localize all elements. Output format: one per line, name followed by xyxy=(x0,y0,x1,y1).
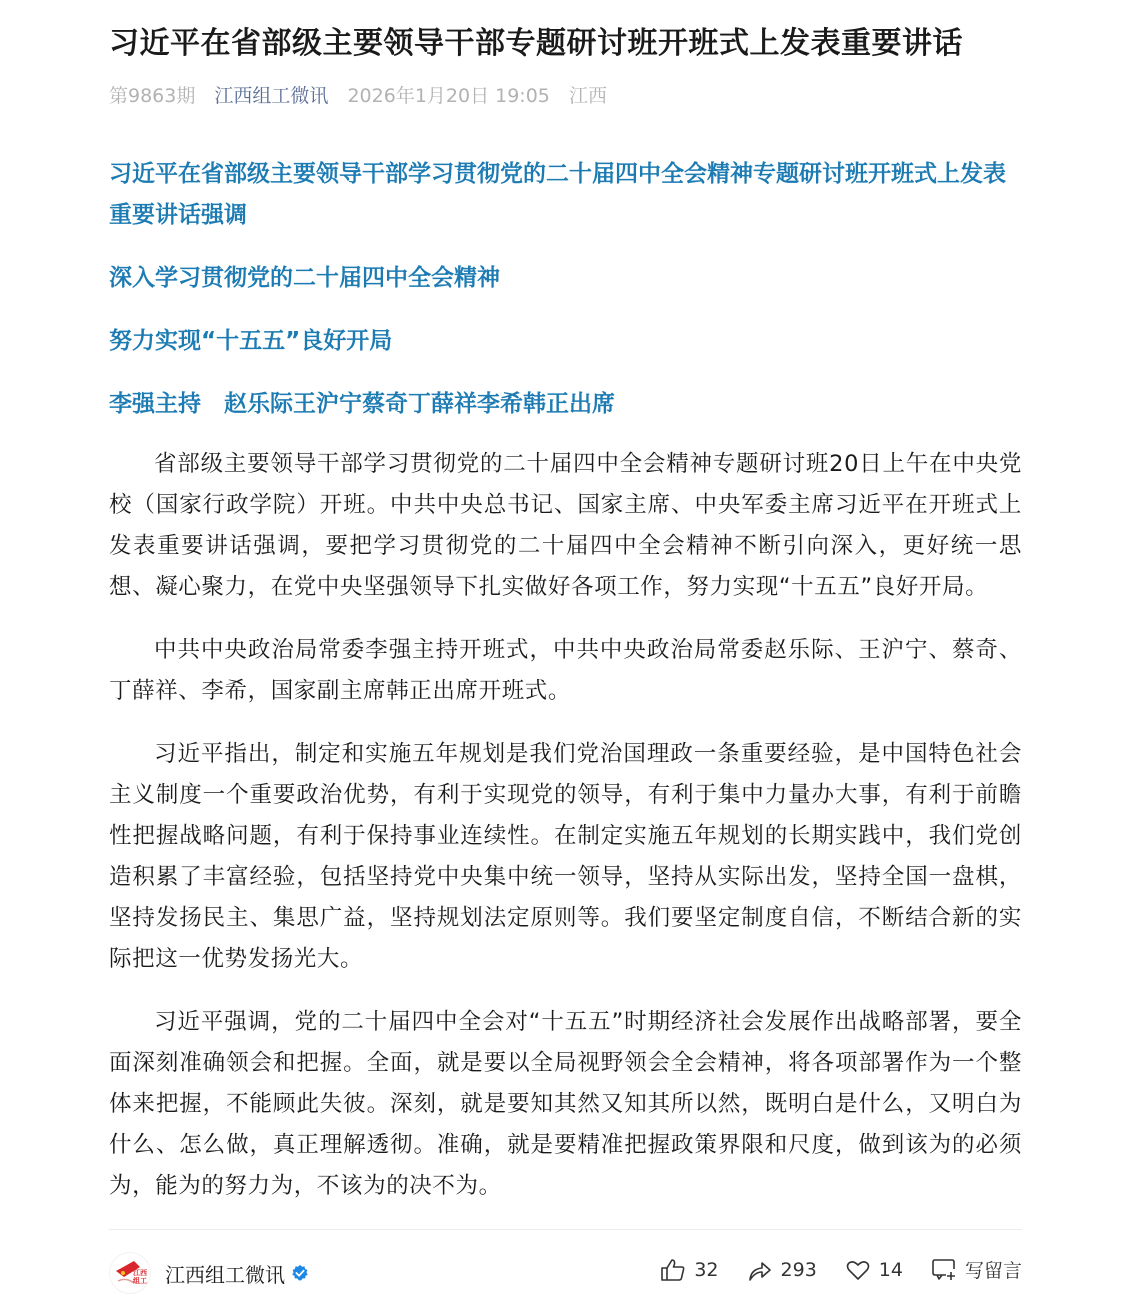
share-arrow-icon xyxy=(747,1257,773,1283)
account-link[interactable]: 江西组工微讯 xyxy=(214,85,328,107)
lead-headline: 李强主持 赵乐际王沪宁蔡奇丁薛祥李希韩正出席 xyxy=(109,384,1022,425)
favorite-count: 14 xyxy=(879,1259,903,1281)
article-meta: 第9863期 江西组工微讯 2026年1月20日 19:05 江西 xyxy=(109,82,620,110)
share-count: 293 xyxy=(781,1259,817,1281)
bottom-bar: 江西 组工 江西组工微讯 32 293 14 xyxy=(109,1250,1022,1294)
favorite-button[interactable]: 14 xyxy=(845,1257,903,1283)
lead-headline: 努力实现“十五五”良好开局 xyxy=(109,321,1022,362)
account-name[interactable]: 江西组工微讯 xyxy=(165,1259,285,1288)
issue-number: 第9863期 xyxy=(109,85,195,107)
article-body: 省部级主要领导干部学习贯彻党的二十届四中全会精神专题研讨班20日上午在中央党校（… xyxy=(109,444,1022,1232)
heart-icon xyxy=(845,1257,871,1283)
paragraph: 习近平强调，党的二十届四中全会对“十五五”时期经济社会发展作出战略部署，要全面深… xyxy=(109,1002,1022,1207)
verified-badge-icon xyxy=(291,1264,309,1282)
lead-headline: 深入学习贯彻党的二十届四中全会精神 xyxy=(109,258,1022,299)
account-logo-icon: 江西 组工 xyxy=(109,1252,151,1294)
paragraph: 习近平指出，制定和实施五年规划是我们党治国理政一条重要经验，是中国特色社会主义制… xyxy=(109,734,1022,980)
paragraph: 中共中央政治局常委李强主持开班式，中共中央政治局常委赵乐际、王沪宁、蔡奇、丁薛祥… xyxy=(109,630,1022,712)
share-button[interactable]: 293 xyxy=(747,1257,817,1283)
publish-location: 江西 xyxy=(569,85,607,107)
like-button[interactable]: 32 xyxy=(660,1257,718,1283)
write-comment-button[interactable]: 写留言 xyxy=(931,1256,1022,1283)
lead-headline: 习近平在省部级主要领导干部学习贯彻党的二十届四中全会精神专题研讨班开班式上发表重… xyxy=(109,154,1022,236)
paragraph: 省部级主要领导干部学习贯彻党的二十届四中全会精神专题研讨班20日上午在中央党校（… xyxy=(109,444,1022,608)
publish-datetime: 2026年1月20日 19:05 xyxy=(347,85,549,107)
svg-text:组工: 组工 xyxy=(133,1276,147,1285)
bottom-bar-divider xyxy=(109,1229,1022,1230)
account-profile[interactable]: 江西 组工 江西组工微讯 xyxy=(109,1252,309,1294)
write-comment-label: 写留言 xyxy=(965,1256,1022,1283)
article-title: 习近平在省部级主要领导干部专题研讨班开班式上发表重要讲话 xyxy=(109,24,1022,64)
action-buttons: 32 293 14 写留言 xyxy=(632,1256,1022,1283)
thumbs-up-icon xyxy=(660,1257,686,1283)
comment-add-icon xyxy=(931,1257,957,1283)
lead-headlines: 习近平在省部级主要领导干部学习贯彻党的二十届四中全会精神专题研讨班开班式上发表重… xyxy=(109,154,1022,447)
like-count: 32 xyxy=(694,1259,718,1281)
svg-text:江西: 江西 xyxy=(132,1268,147,1277)
